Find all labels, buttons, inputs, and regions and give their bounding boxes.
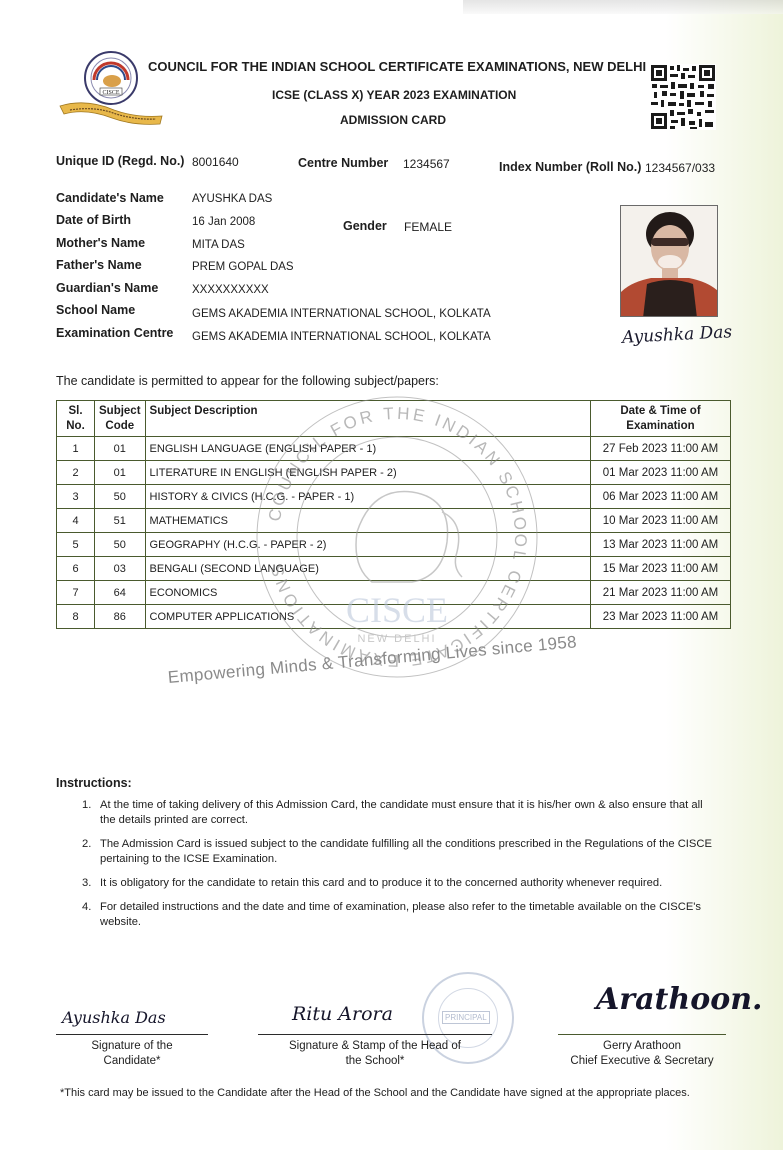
chief-executive-block: Gerry Arathoon Chief Executive & Secreta…: [558, 1034, 726, 1069]
row-subject-description: LITERATURE IN ENGLISH (ENGLISH PAPER - 2…: [145, 461, 590, 485]
candidate-signature: Ayushka Das: [62, 1008, 166, 1027]
row-sl-no: 4: [57, 509, 95, 533]
row-subject-description: MATHEMATICS: [145, 509, 590, 533]
head-signature-label: Signature & Stamp of the Head of: [258, 1039, 492, 1054]
dob-value: 16 Jan 2008: [192, 216, 255, 228]
scan-shadow: [463, 0, 783, 14]
school-name-value: GEMS AKADEMIA INTERNATIONAL SCHOOL, KOLK…: [192, 308, 491, 320]
table-row: 886COMPUTER APPLICATIONS23 Mar 2023 11:0…: [57, 605, 731, 629]
candidate-name-label: Candidate's Name: [56, 191, 164, 205]
header-sl-no: Sl.No.: [57, 401, 95, 437]
row-subject-code: 01: [95, 437, 146, 461]
row-sl-no: 5: [57, 533, 95, 557]
row-exam-date: 23 Mar 2023 11:00 AM: [591, 605, 731, 629]
table-row: 101ENGLISH LANGUAGE (ENGLISH PAPER - 1)2…: [57, 437, 731, 461]
row-exam-date: 21 Mar 2023 11:00 AM: [591, 581, 731, 605]
unique-id-label: Unique ID (Regd. No.): [56, 154, 184, 168]
chief-executive-title: Chief Executive & Secretary: [558, 1054, 726, 1069]
candidate-signature-label: Signature of the: [56, 1039, 208, 1054]
instruction-item: 4.For detailed instructions and the date…: [82, 900, 712, 930]
table-row: 550GEOGRAPHY (H.C.G. - PAPER - 2)13 Mar …: [57, 533, 731, 557]
dob-label: Date of Birth: [56, 213, 131, 227]
exam-title: ICSE (CLASS X) YEAR 2023 EXAMINATION: [272, 88, 516, 102]
tagline: Empowering Minds & Transforming Lives si…: [167, 632, 577, 688]
row-exam-date: 15 Mar 2023 11:00 AM: [591, 557, 731, 581]
row-subject-code: 03: [95, 557, 146, 581]
table-header-row: Sl.No. SubjectCode Subject Description D…: [57, 401, 731, 437]
father-name-value: PREM GOPAL DAS: [192, 261, 294, 273]
mother-name-label: Mother's Name: [56, 236, 145, 250]
row-exam-date: 10 Mar 2023 11:00 AM: [591, 509, 731, 533]
table-row: 764ECONOMICS21 Mar 2023 11:00 AM: [57, 581, 731, 605]
instruction-text: For detailed instructions and the date a…: [100, 901, 701, 928]
row-subject-code: 64: [95, 581, 146, 605]
svg-text:CISCE: CISCE: [102, 90, 119, 96]
centre-number-value: 1234567: [403, 157, 450, 171]
qr-code-icon: [650, 64, 716, 130]
candidate-signature-block: Signature of the Candidate*: [56, 1034, 208, 1069]
instructions-title: Instructions:: [56, 776, 132, 790]
row-subject-code: 01: [95, 461, 146, 485]
index-number-label: Index Number (Roll No.): [499, 160, 641, 174]
row-subject-description: COMPUTER APPLICATIONS: [145, 605, 590, 629]
instruction-text: It is obligatory for the candidate to re…: [100, 877, 662, 889]
footnote: *This card may be issued to the Candidat…: [60, 1087, 690, 1099]
row-subject-description: HISTORY & CIVICS (H.C.G. - PAPER - 1): [145, 485, 590, 509]
instruction-number: 1.: [82, 798, 91, 813]
row-sl-no: 3: [57, 485, 95, 509]
instructions-list: 1.At the time of taking delivery of this…: [82, 798, 712, 939]
row-exam-date: 13 Mar 2023 11:00 AM: [591, 533, 731, 557]
row-subject-code: 50: [95, 533, 146, 557]
card-title: ADMISSION CARD: [340, 113, 446, 127]
table-row: 451MATHEMATICS10 Mar 2023 11:00 AM: [57, 509, 731, 533]
centre-number-label: Centre Number: [298, 156, 388, 170]
father-name-label: Father's Name: [56, 258, 142, 272]
index-number-value: 1234567/033: [645, 161, 715, 175]
candidate-name-value: AYUSHKA DAS: [192, 193, 272, 205]
chief-executive-signature: Arathoon.: [596, 982, 762, 1017]
instruction-number: 2.: [82, 837, 91, 852]
header-subject-description: Subject Description: [145, 401, 590, 437]
header-subject-code: SubjectCode: [95, 401, 146, 437]
row-sl-no: 8: [57, 605, 95, 629]
instruction-text: At the time of taking delivery of this A…: [100, 799, 703, 826]
header-date-time: Date & Time ofExamination: [591, 401, 731, 437]
table-row: 603BENGALI (SECOND LANGUAGE)15 Mar 2023 …: [57, 557, 731, 581]
photo-signature: Ayushka Das: [622, 322, 733, 348]
school-name-label: School Name: [56, 303, 135, 317]
row-subject-description: ENGLISH LANGUAGE (ENGLISH PAPER - 1): [145, 437, 590, 461]
chief-executive-name: Gerry Arathoon: [558, 1039, 726, 1054]
row-exam-date: 01 Mar 2023 11:00 AM: [591, 461, 731, 485]
row-exam-date: 06 Mar 2023 11:00 AM: [591, 485, 731, 509]
subjects-table: Sl.No. SubjectCode Subject Description D…: [56, 400, 731, 629]
exam-centre-value: GEMS AKADEMIA INTERNATIONAL SCHOOL, KOLK…: [192, 331, 491, 343]
head-signature-label-2: the School*: [258, 1054, 492, 1069]
table-row: 201LITERATURE IN ENGLISH (ENGLISH PAPER …: [57, 461, 731, 485]
candidate-signature-label-2: Candidate*: [56, 1054, 208, 1069]
instruction-item: 1.At the time of taking delivery of this…: [82, 798, 712, 828]
row-subject-description: BENGALI (SECOND LANGUAGE): [145, 557, 590, 581]
gender-label: Gender: [343, 219, 387, 233]
table-row: 350HISTORY & CIVICS (H.C.G. - PAPER - 1)…: [57, 485, 731, 509]
row-sl-no: 1: [57, 437, 95, 461]
gender-value: FEMALE: [404, 220, 452, 234]
admission-card-page: CISCE COUNCIL FOR THE INDIAN SCHOOL CERT…: [0, 0, 783, 1150]
instruction-text: The Admission Card is issued subject to …: [100, 838, 712, 865]
head-signature: Ritu Arora: [292, 1003, 393, 1025]
mother-name-value: MITA DAS: [192, 239, 245, 251]
row-sl-no: 7: [57, 581, 95, 605]
unique-id-value: 8001640: [192, 155, 239, 169]
row-subject-code: 50: [95, 485, 146, 509]
row-subject-description: ECONOMICS: [145, 581, 590, 605]
row-subject-code: 51: [95, 509, 146, 533]
instruction-number: 4.: [82, 900, 91, 915]
row-subject-code: 86: [95, 605, 146, 629]
head-signature-block: Signature & Stamp of the Head of the Sch…: [258, 1034, 492, 1069]
exam-centre-label: Examination Centre: [56, 326, 173, 340]
row-sl-no: 6: [57, 557, 95, 581]
svg-text:NEW DELHI: NEW DELHI: [357, 633, 436, 645]
instruction-item: 2.The Admission Card is issued subject t…: [82, 837, 712, 867]
instruction-item: 3.It is obligatory for the candidate to …: [82, 876, 712, 891]
candidate-photo: [620, 205, 718, 317]
guardian-name-label: Guardian's Name: [56, 281, 158, 295]
guardian-name-value: XXXXXXXXXX: [192, 284, 269, 296]
row-exam-date: 27 Feb 2023 11:00 AM: [591, 437, 731, 461]
row-subject-description: GEOGRAPHY (H.C.G. - PAPER - 2): [145, 533, 590, 557]
council-title: COUNCIL FOR THE INDIAN SCHOOL CERTIFICAT…: [148, 59, 646, 74]
candidate-portrait-icon: [621, 206, 718, 317]
permitted-intro: The candidate is permitted to appear for…: [56, 374, 439, 388]
row-sl-no: 2: [57, 461, 95, 485]
instruction-number: 3.: [82, 876, 91, 891]
